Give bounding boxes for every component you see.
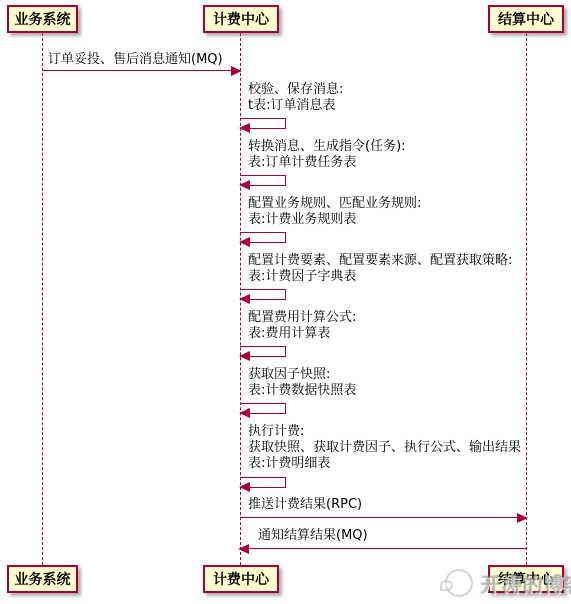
message-order-delivered-arrow (42, 70, 240, 71)
message-order-delivered-label: 订单妥投、售后消息通知(MQ) (48, 52, 223, 68)
self-message-1-line-2: t表:订单消息表 (248, 98, 343, 114)
self-message-5-label: 配置费用计算公式: 表:费用计算表 (248, 310, 356, 342)
arrowhead-left-icon (239, 180, 250, 190)
self-message-1-arrow (240, 118, 286, 129)
self-message-5-arrow (240, 346, 286, 357)
self-message-7-line-2: 获取快照、获取计费因子、执行公式、输出结果 (248, 440, 521, 456)
self-message-4-line-2: 表:计费因子字典表 (248, 269, 512, 285)
participant-settlement-center-top: 结算中心 (488, 5, 564, 33)
self-message-7-line-1: 执行计费: (248, 424, 521, 440)
arrowhead-left-icon (239, 123, 250, 133)
self-message-2-line-2: 表:订单计费任务表 (248, 155, 406, 171)
message-push-billing-result-label: 推送计费结果(RPC) (248, 497, 362, 513)
self-message-6-arrow (240, 403, 286, 414)
participant-billing-center-bottom: 计费中心 (203, 565, 279, 593)
self-message-4-line-1: 配置计费要素、配置要素来源、配置获取策略: (248, 253, 512, 269)
self-message-5-line-2: 表:费用计算表 (248, 326, 356, 342)
self-message-6-label: 获取因子快照: 表:计费数据快照表 (248, 367, 356, 399)
arrowhead-left-icon (239, 482, 250, 492)
lifeline-business-system (42, 33, 43, 565)
self-message-3-line-1: 配置业务规则、匹配业务规则: (248, 196, 421, 212)
self-message-7-line-3: 表:计费明细表 (248, 456, 521, 472)
arrowhead-right-icon (517, 513, 528, 523)
self-message-7-arrow (240, 477, 286, 488)
self-message-1-label: 校验、保存消息: t表:订单消息表 (248, 82, 343, 114)
watermark-logo-icon (445, 569, 473, 597)
self-message-7-label: 执行计费: 获取快照、获取计费因子、执行公式、输出结果 表:计费明细表 (248, 424, 521, 472)
arrowhead-left-icon (239, 294, 250, 304)
self-message-5-line-1: 配置费用计算公式: (248, 310, 356, 326)
self-message-1-line-1: 校验、保存消息: (248, 82, 343, 98)
message-push-billing-result-arrow (240, 517, 526, 518)
self-message-4-label: 配置计费要素、配置要素来源、配置获取策略: 表:计费因子字典表 (248, 253, 512, 285)
participant-business-system-bottom: 业务系统 (7, 565, 78, 593)
self-message-6-line-2: 表:计费数据快照表 (248, 383, 356, 399)
arrowhead-left-icon (239, 237, 250, 247)
self-message-2-label: 转换消息、生成指令(任务): 表:订单计费任务表 (248, 139, 406, 171)
self-message-3-label: 配置业务规则、匹配业务规则: 表:计费业务规则表 (248, 196, 421, 228)
self-message-3-line-2: 表:计费业务规则表 (248, 212, 421, 228)
self-message-4-arrow (240, 289, 286, 300)
message-notify-settlement-result-label: 通知结算结果(MQ) (258, 528, 368, 544)
sequence-diagram: 业务系统 计费中心 结算中心 订单妥投、售后消息通知(MQ) 校验、保存消息: … (0, 0, 571, 604)
participant-settlement-center-bottom: 结算中心 (488, 565, 564, 593)
participant-billing-center-top: 计费中心 (203, 5, 279, 33)
self-message-2-arrow (240, 175, 286, 186)
participant-business-system-top: 业务系统 (7, 5, 78, 33)
arrowhead-left-icon (239, 408, 250, 418)
self-message-6-line-1: 获取因子快照: (248, 367, 356, 383)
lifeline-settlement-center (526, 33, 527, 565)
self-message-2-line-1: 转换消息、生成指令(任务): (248, 139, 406, 155)
message-notify-settlement-result-arrow (240, 548, 526, 549)
self-message-3-arrow (240, 232, 286, 243)
arrowhead-left-icon (239, 351, 250, 361)
arrowhead-right-icon (231, 66, 242, 76)
arrowhead-left-icon (238, 544, 249, 554)
